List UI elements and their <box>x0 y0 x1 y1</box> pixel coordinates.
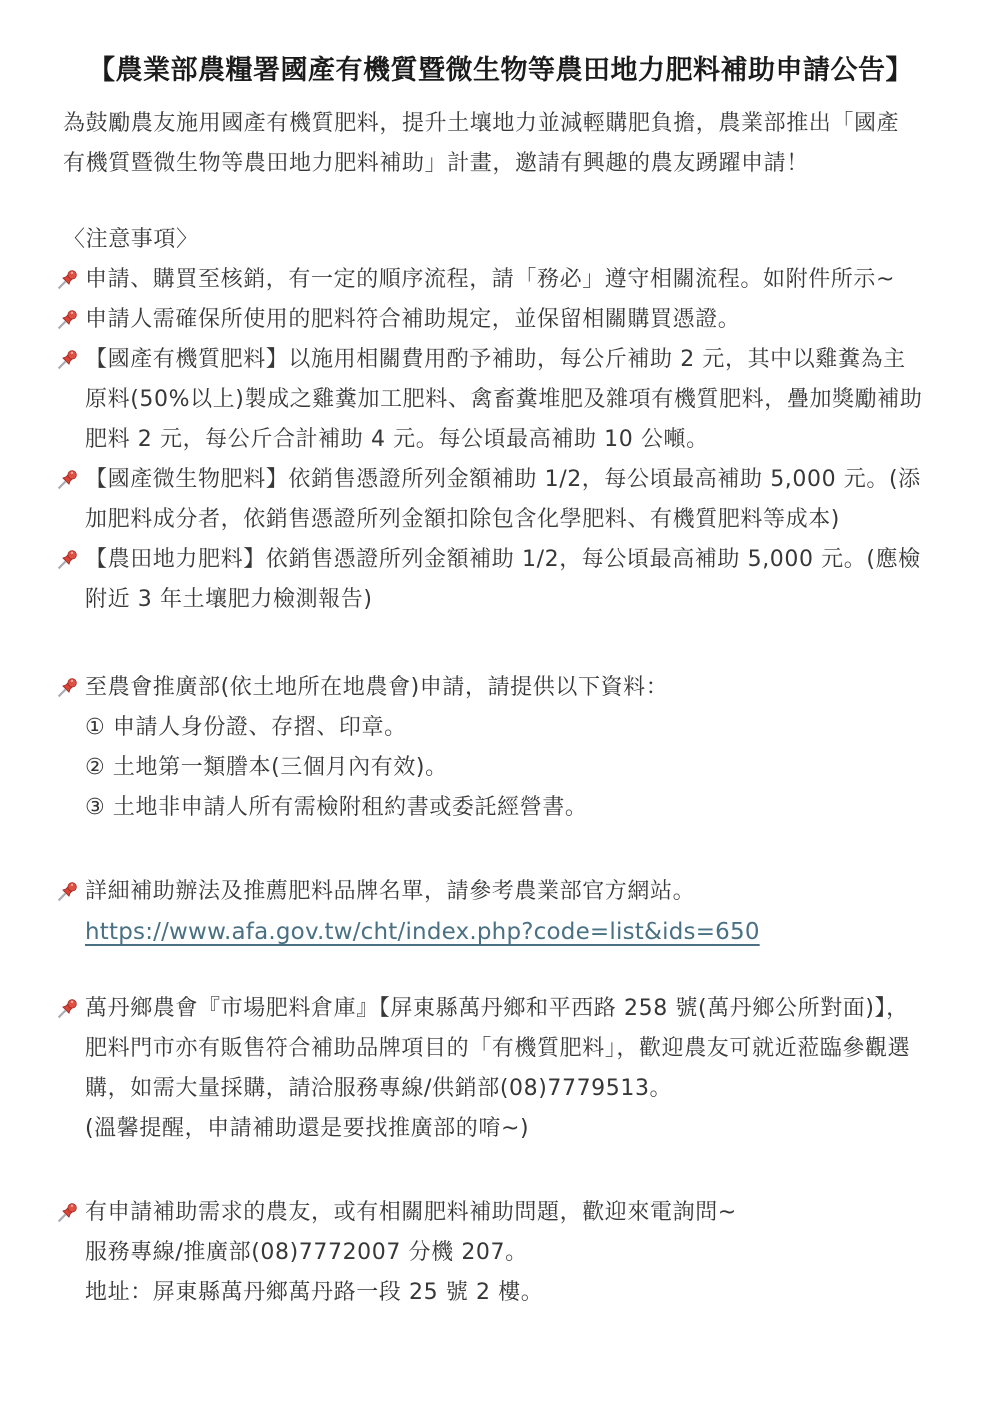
bullet-row-order-flow: 申請、購買至核銷，有一定的順序流程，請「務必」遵守相關流程。如附件所示~ <box>63 260 938 300</box>
bullet-continuation: 購，如需大量採購，請洽服務專線/供銷部(08)7779513。 <box>63 1069 938 1109</box>
sub-item-3: ③ 土地非申請人所有需檢附租約書或委託經營書。 <box>63 788 938 828</box>
pushpin-icon <box>54 467 80 493</box>
bullet-continuation: 附近 3 年土壤肥力檢測報告) <box>63 580 938 620</box>
pushpin-icon <box>54 879 80 905</box>
bullet-row-fertilizer-compliance: 申請人需確保所使用的肥料符合補助規定，並保留相關購買憑證。 <box>63 300 938 340</box>
bullet-row-application-documents: 至農會推廣部(依土地所在地農會)申請，請提供以下資料： <box>63 668 938 708</box>
pushpin-icon <box>54 996 80 1022</box>
sub-item-2: ② 土地第一類謄本(三個月內有效)。 <box>63 748 938 788</box>
bullet-text: 【國產微生物肥料】依銷售憑證所列金額補助 1/2，每公頃最高補助 5,000 元… <box>85 467 921 492</box>
pushpin-icon <box>54 675 80 701</box>
intro-line-2: 有機質暨微生物等農田地力肥料補助」計畫，邀請有興趣的農友踴躍申請！ <box>63 144 938 184</box>
bullet-continuation: 原料(50%以上)製成之雞糞加工肥料、禽畜糞堆肥及雜項有機質肥料，疊加獎勵補助 <box>63 380 938 420</box>
pushpin-icon <box>54 267 80 293</box>
sub-item-1: ① 申請人身份證、存摺、印章。 <box>63 708 938 748</box>
bullet-continuation: (溫馨提醒，申請補助還是要找推廣部的唷~) <box>63 1109 938 1149</box>
bullet-text: 申請、購買至核銷，有一定的順序流程，請「務必」遵守相關流程。如附件所示~ <box>85 267 895 292</box>
bullet-row-soil-fertilizer: 【農田地力肥料】依銷售憑證所列金額補助 1/2，每公頃最高補助 5,000 元。… <box>63 540 938 580</box>
contact-phone-line: 服務專線/推廣部(08)7772007 分機 207。 <box>63 1233 938 1273</box>
bullet-row-contact-info: 有申請補助需求的農友，或有相關肥料補助問題，歡迎來電詢問~ <box>63 1193 938 1233</box>
notice-heading: 〈注意事項〉 <box>63 220 938 260</box>
afa-website-link[interactable]: https://www.afa.gov.tw/cht/index.php?cod… <box>85 919 760 945</box>
bullet-text: 詳細補助辦法及推薦肥料品牌名單，請參考農業部官方網站。 <box>85 879 695 904</box>
pushpin-icon <box>54 307 80 333</box>
bullet-text: 至農會推廣部(依土地所在地農會)申請，請提供以下資料： <box>85 675 668 700</box>
bullet-continuation: 肥料 2 元，每公斤合計補助 4 元。每公頃最高補助 10 公噸。 <box>63 420 938 460</box>
bullet-text: 【農田地力肥料】依銷售憑證所列金額補助 1/2，每公頃最高補助 5,000 元。… <box>85 547 921 572</box>
announcement-document: 【農業部農糧署國產有機質暨微生物等農田地力肥料補助申請公告】 為鼓勵農友施用國產… <box>0 0 1000 1415</box>
bullet-row-microbial-fertilizer: 【國產微生物肥料】依銷售憑證所列金額補助 1/2，每公頃最高補助 5,000 元… <box>63 460 938 500</box>
pushpin-icon <box>54 1200 80 1226</box>
bullet-continuation: 加肥料成分者，依銷售憑證所列金額扣除包含化學肥料、有機質肥料等成本) <box>63 500 938 540</box>
bullet-row-warehouse-info: 萬丹鄉農會『市場肥料倉庫』【屏東縣萬丹鄉和平西路 258 號(萬丹鄉公所對面)】… <box>63 989 938 1029</box>
bullet-row-official-website: 詳細補助辦法及推薦肥料品牌名單，請參考農業部官方網站。 <box>63 872 938 912</box>
bullet-text: 有申請補助需求的農友，或有相關肥料補助問題，歡迎來電詢問~ <box>85 1200 737 1225</box>
contact-address-line: 地址：屏東縣萬丹鄉萬丹路一段 25 號 2 樓。 <box>63 1273 938 1313</box>
page-title: 【農業部農糧署國產有機質暨微生物等農田地力肥料補助申請公告】 <box>63 50 938 92</box>
pushpin-icon <box>54 347 80 373</box>
bullet-text: 萬丹鄉農會『市場肥料倉庫』【屏東縣萬丹鄉和平西路 258 號(萬丹鄉公所對面)】… <box>85 996 909 1021</box>
pushpin-icon <box>54 547 80 573</box>
bullet-continuation: 肥料門市亦有販售符合補助品牌項目的「有機質肥料」，歡迎農友可就近蒞臨參觀選 <box>63 1029 938 1069</box>
bullet-text: 申請人需確保所使用的肥料符合補助規定，並保留相關購買憑證。 <box>85 307 740 332</box>
link-row: https://www.afa.gov.tw/cht/index.php?cod… <box>63 912 938 953</box>
bullet-row-organic-fertilizer: 【國產有機質肥料】以施用相關費用酌予補助，每公斤補助 2 元，其中以雞糞為主 <box>63 340 938 380</box>
bullet-text: 【國產有機質肥料】以施用相關費用酌予補助，每公斤補助 2 元，其中以雞糞為主 <box>85 347 906 372</box>
intro-line-1: 為鼓勵農友施用國產有機質肥料，提升土壤地力並減輕購肥負擔，農業部推出「國產 <box>63 104 938 144</box>
